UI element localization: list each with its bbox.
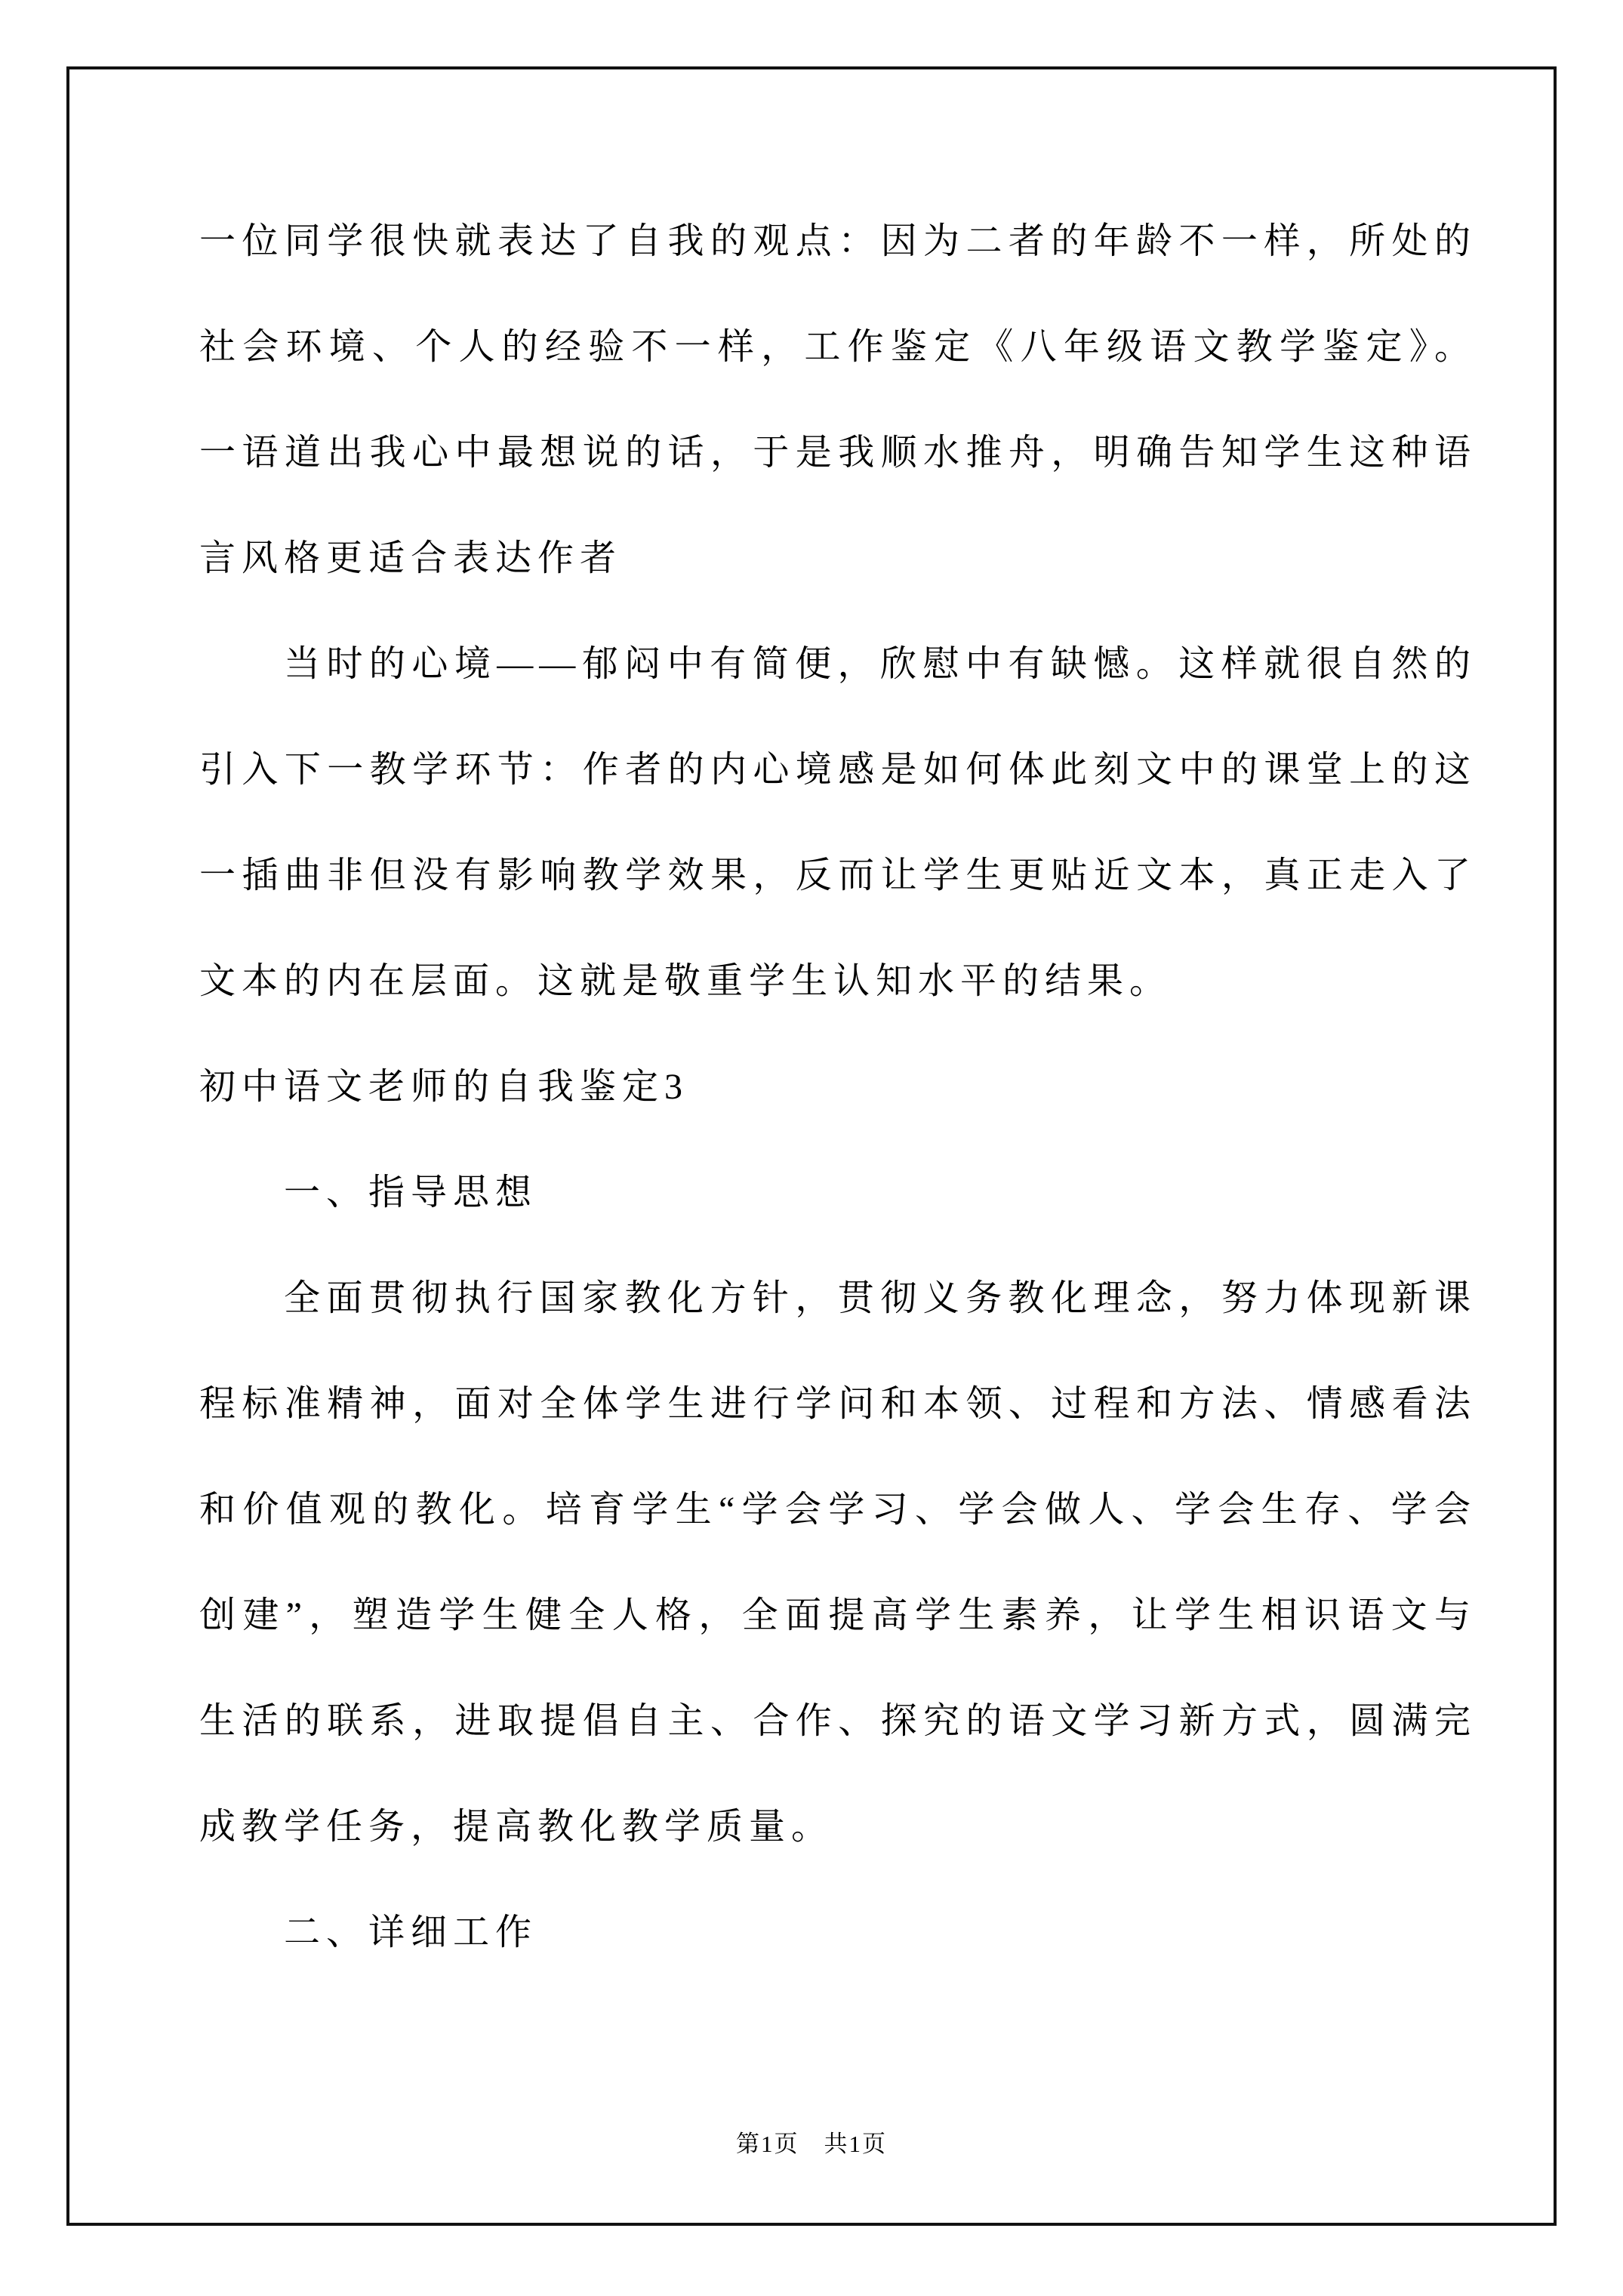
document-body: 一位同学很快就表达了自我的观点：因为二者的年龄不一样，所处的社会环境、个人的经验… xyxy=(199,189,1477,1986)
section-title: 初中语文老师的自我鉴定3 xyxy=(199,1034,1477,1140)
heading-guiding-ideology: 一、指导思想 xyxy=(199,1140,1477,1246)
page-number-footer: 第1页 共1页 xyxy=(0,2129,1623,2159)
heading-detailed-work: 二、详细工作 xyxy=(199,1880,1477,1986)
body-paragraph-5: 全面贯彻执行国家教化方针，贯彻义务教化理念，努力体现新课程标准精神，面对全体学生… xyxy=(199,1246,1477,1880)
body-paragraph-2: 当时的心境——郁闷中有简便，欣慰中有缺憾。这样就很自然的引入下一教学环节：作者的… xyxy=(199,612,1477,1034)
body-paragraph-1: 一位同学很快就表达了自我的观点：因为二者的年龄不一样，所处的社会环境、个人的经验… xyxy=(199,189,1477,612)
document-page: 一位同学很快就表达了自我的观点：因为二者的年龄不一样，所处的社会环境、个人的经验… xyxy=(0,0,1623,2296)
